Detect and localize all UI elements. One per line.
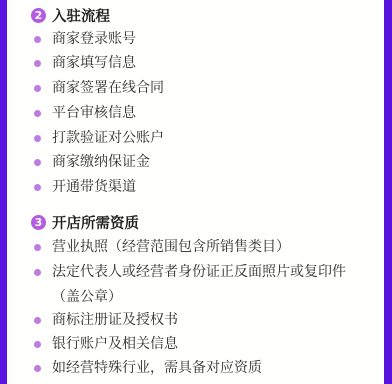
bullet-dot-icon: [34, 269, 41, 276]
bullet-dot-icon: [34, 244, 41, 251]
list-item: 打款验证对公账户: [34, 126, 372, 151]
list-item: 商标注册证及授权书: [34, 308, 372, 333]
number-badge-icon: 2: [31, 8, 46, 23]
bullet-dot-icon: [34, 60, 41, 67]
bullet-dot-icon: [34, 110, 41, 117]
list-item-text: 打款验证对公账户: [52, 130, 164, 146]
section-title-text: 入驻流程: [52, 5, 110, 26]
list-item: 商家登录账号: [34, 27, 372, 52]
list-item: 如经营特殊行业，需具备对应资质: [34, 356, 372, 381]
bullet-dot-icon: [34, 184, 41, 191]
section-title-store-qualifications: 3 开店所需资质: [31, 210, 139, 234]
list-item: 商家签署在线合同: [34, 76, 372, 101]
list-item: 法定代表人或经营者身份证正反面照片或复印件（盖公章）: [34, 260, 372, 309]
list-item-text: 如经营特殊行业，需具备对应资质: [52, 360, 262, 376]
list-item-text: 开通带货渠道: [52, 179, 136, 195]
list-item-text: 商家登录账号: [52, 31, 136, 47]
list-item-text: 平台审核信息: [52, 105, 136, 121]
number-badge-icon: 3: [31, 215, 46, 230]
list-item-text: 商标注册证及授权书: [52, 312, 178, 328]
list-item: 商家填写信息: [34, 51, 372, 76]
bullet-dot-icon: [34, 85, 41, 92]
list-item: 商家缴纳保证金: [34, 150, 372, 175]
section-title-onboarding-process: 2 入驻流程: [31, 3, 110, 27]
section-title-text: 开店所需资质: [52, 212, 139, 233]
document-frame: 2 入驻流程 商家登录账号 商家填写信息 商家签署在线合同 平台审核信息 打款验…: [0, 0, 392, 384]
list-item-text: 银行账户及相关信息: [52, 336, 178, 352]
bullet-dot-icon: [34, 365, 41, 372]
list-item-text: 营业执照（经营范围包含所销售类目）: [52, 239, 290, 255]
bullet-dot-icon: [34, 159, 41, 166]
list-item: 平台审核信息: [34, 101, 372, 126]
list-item: 开通带货渠道: [34, 175, 372, 200]
bullet-dot-icon: [34, 36, 41, 43]
bullet-dot-icon: [34, 317, 41, 324]
list-item-text: 商家填写信息: [52, 55, 136, 71]
list-item-text: 法定代表人或经营者身份证正反面照片或复印件（盖公章）: [52, 264, 346, 305]
bullet-dot-icon: [34, 341, 41, 348]
list-item: 银行账户及相关信息: [34, 332, 372, 357]
list-item-text: 商家签署在线合同: [52, 80, 164, 96]
list-item: 营业执照（经营范围包含所销售类目）: [34, 235, 372, 260]
list-item-text: 商家缴纳保证金: [52, 154, 150, 170]
bullet-dot-icon: [34, 135, 41, 142]
